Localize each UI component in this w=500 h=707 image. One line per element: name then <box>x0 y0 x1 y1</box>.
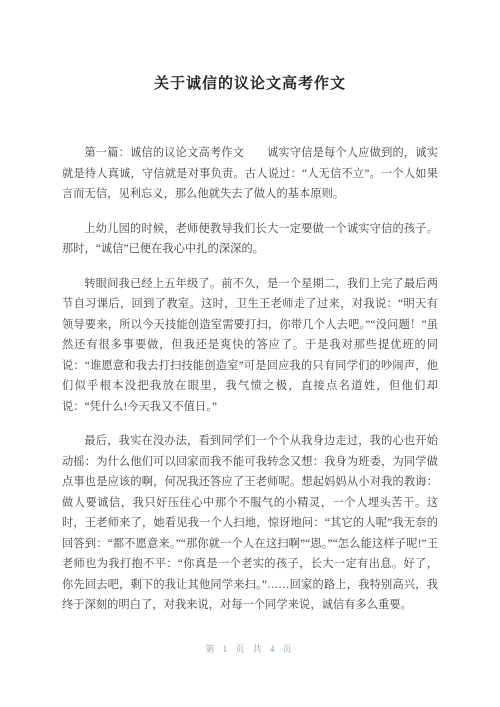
document-body: 第一篇：诚信的议论文高考作文 诚实守信是每个人应做到的，诚实就是待人真诚，守信就… <box>62 143 438 616</box>
paragraph-conclusion: 最后，我实在没办法，看到同学们一个个从我身边走过，我的心也开始动摇：为什么他们可… <box>62 431 438 616</box>
paragraph-kindergarten: 上幼儿园的时候，老师便教导我们长大一定要做一个诚实守信的孩子。那时，“诚信”已便… <box>62 219 438 260</box>
document-title: 关于诚信的议论文高考作文 <box>62 74 438 94</box>
page-number-indicator: 第 1 页 共 4 页 <box>62 643 438 655</box>
document-page: 关于诚信的议论文高考作文 第一篇：诚信的议论文高考作文 诚实守信是每个人应做到的… <box>0 0 500 707</box>
paragraph-intro: 第一篇：诚信的议论文高考作文 诚实守信是每个人应做到的，诚实就是待人真诚，守信就… <box>62 143 438 205</box>
paragraph-fifth-grade: 转眼间我已经上五年级了。前不久，是一个星期二，我们上完了最后两节自习课后，回到了… <box>62 274 438 418</box>
